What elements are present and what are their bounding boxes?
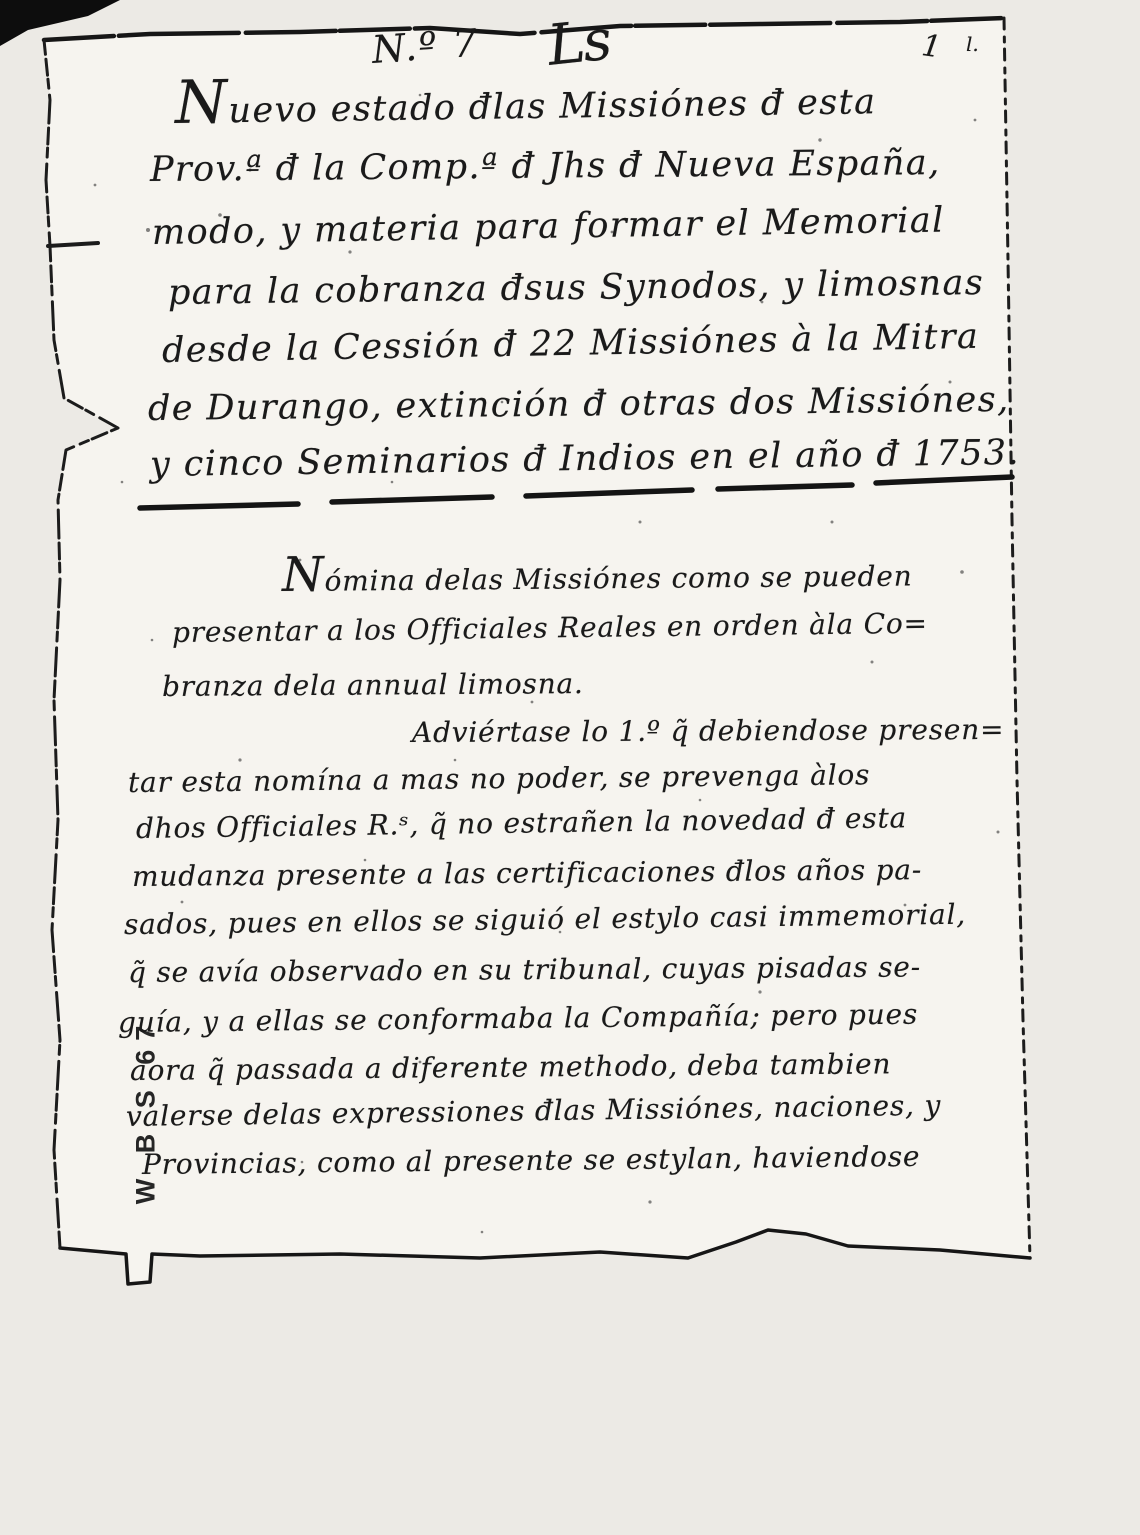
rubric-flourish: Ls [545,8,613,79]
header-number: N.º 7 [370,21,480,72]
body-line: q̃ se avía observado en su tribunal, cuy… [128,950,921,989]
body-line: aora q̃ passada a diferente methodo, deb… [130,1047,892,1087]
body-line: branza dela annual limosna. [162,667,584,703]
body-line: Nómina delas Missiónes como se pueden [282,552,913,598]
folio-secondary-mark: l. [966,32,979,56]
title-line: Nuevo estado đlas Missiónes đ esta [175,72,877,132]
title-line: Prov.ª đ la Comp.ª đ Jhs đ Nueva España, [150,143,941,190]
body-line: Adviértase lo 1.º q̃ debiendose presen= [412,713,1004,749]
scan-backdrop: N.º 7 Ls 1 l. W B S 67 Nuevo estado đlas… [0,0,1140,1535]
body-line: mudanza presente a las certificaciones đ… [132,853,922,893]
